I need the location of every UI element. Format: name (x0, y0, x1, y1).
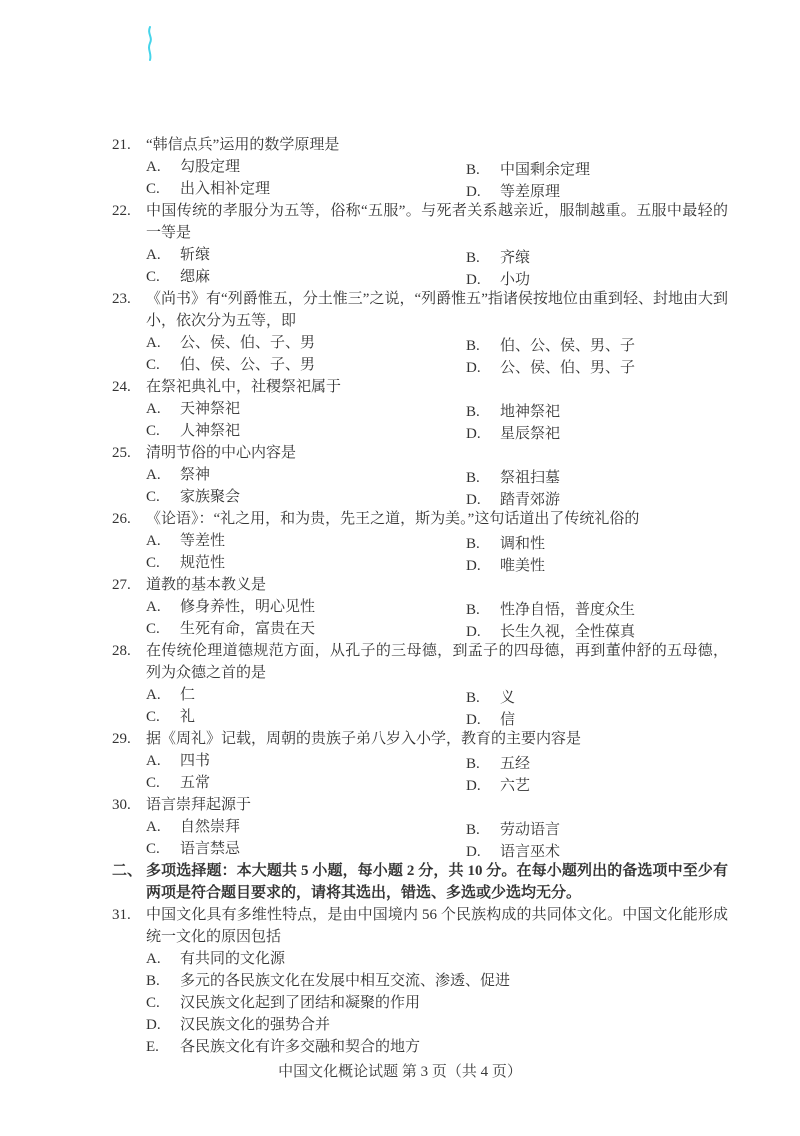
option-b: B.劳动语言 (466, 819, 728, 841)
option-letter: A. (146, 464, 180, 486)
option-letter: A. (146, 156, 180, 178)
question-29: 29. 据《周礼》记载，周朝的贵族子弟八岁入小学，教育的主要内容是 A.四书 B… (112, 728, 728, 794)
option-text: 劳动语言 (500, 822, 560, 838)
question-25: 25. 清明节俗的中心内容是 A.祭神 B.祭祖扫墓 C.家族聚会 D.踏青郊游 (112, 442, 728, 508)
option-b: B.伯、公、侯、男、子 (466, 335, 728, 357)
question-30: 30. 语言崇拜起源于 A.自然崇拜 B.劳动语言 C.语言禁忌 D.语言巫术 (112, 794, 728, 860)
page-footer: 中国文化概论试题 第 3 页（共 4 页） (0, 1060, 800, 1081)
option-letter: B. (466, 533, 500, 555)
option-letter: C. (146, 772, 180, 794)
option-letter: B. (146, 970, 180, 992)
option-a: A.自然崇拜 (146, 816, 466, 838)
option-letter: B. (466, 401, 500, 423)
question-number: 21. (112, 134, 146, 156)
option-letter: A. (146, 244, 180, 266)
option-letter: C. (146, 266, 180, 288)
option-a: A.等差性 (146, 530, 466, 552)
option-d: D.唯美性 (466, 555, 728, 577)
option-d: D.等差原理 (466, 181, 728, 203)
option-text: 勾股定理 (180, 159, 240, 175)
option-letter: A. (146, 332, 180, 354)
option-letter: D. (466, 775, 500, 797)
option-text: 有共同的文化源 (180, 951, 285, 967)
option-letter: A. (146, 596, 180, 618)
option-text: 唯美性 (500, 558, 545, 574)
option-letter: C. (146, 992, 180, 1014)
option-text: 六艺 (500, 778, 530, 794)
question-stem: 在祭祀典礼中，社稷祭祀属于 (146, 376, 728, 398)
option-text: 等差原理 (500, 184, 560, 200)
option-text: 星辰祭祀 (500, 426, 560, 442)
option-text: 五经 (500, 756, 530, 772)
option-text: 伯、公、侯、男、子 (500, 338, 635, 354)
question-24: 24. 在祭祀典礼中，社稷祭祀属于 A.天神祭祀 B.地神祭祀 C.人神祭祀 D… (112, 376, 728, 442)
option-text: 多元的各民族文化在发展中相互交流、渗透、促进 (180, 973, 510, 989)
option-letter: D. (466, 423, 500, 445)
option-a: A.修身养性，明心见性 (146, 596, 466, 618)
option-a: A.天神祭祀 (146, 398, 466, 420)
option-d: D.语言巫术 (466, 841, 728, 863)
option-letter: C. (146, 354, 180, 376)
option-letter: A. (146, 398, 180, 420)
question-stem: 道教的基本教义是 (146, 574, 728, 596)
option-c: C.人神祭祀 (146, 420, 466, 442)
option-d: D.长生久视，全性葆真 (466, 621, 728, 643)
question-number: 23. (112, 288, 146, 332)
option-text: 伯、侯、公、子、男 (180, 357, 315, 373)
option-letter: B. (466, 599, 500, 621)
option-text: 齐缞 (500, 250, 530, 266)
option-text: 天神祭祀 (180, 401, 240, 417)
section-instructions: 多项选择题：本大题共 5 小题，每小题 2 分，共 10 分。在每小题列出的备选… (146, 860, 728, 904)
option-letter: D. (466, 841, 500, 863)
question-number: 22. (112, 200, 146, 244)
option-text: 地神祭祀 (500, 404, 560, 420)
option-b: B.祭祖扫墓 (466, 467, 728, 489)
option-text: 汉民族文化的强势合并 (180, 1017, 330, 1033)
question-27: 27. 道教的基本教义是 A.修身养性，明心见性 B.性净自悟，普度众生 C.生… (112, 574, 728, 640)
option-letter: E. (146, 1036, 180, 1058)
option-a: A.有共同的文化源 (146, 948, 728, 970)
question-28: 28. 在传统伦理道德规范方面，从孔子的三母德，到孟子的四母德，再到董仲舒的五母… (112, 640, 728, 728)
question-21: 21. “韩信点兵”运用的数学原理是 A.勾股定理 B.中国剩余定理 C.出入相… (112, 134, 728, 200)
option-letter: C. (146, 838, 180, 860)
option-letter: A. (146, 948, 180, 970)
option-d: D.公、侯、伯、男、子 (466, 357, 728, 379)
option-d: D.信 (466, 709, 728, 731)
option-c: C.伯、侯、公、子、男 (146, 354, 466, 376)
option-letter: D. (466, 489, 500, 511)
option-text: 自然崇拜 (180, 819, 240, 835)
question-number: 29. (112, 728, 146, 750)
question-stem: 据《周礼》记载，周朝的贵族子弟八岁入小学，教育的主要内容是 (146, 728, 728, 750)
option-c: C.规范性 (146, 552, 466, 574)
section-number: 二、 (112, 860, 146, 904)
option-a: A.斩缞 (146, 244, 466, 266)
option-letter: D. (146, 1014, 180, 1036)
option-text: 各民族文化有许多交融和契合的地方 (180, 1039, 420, 1055)
option-text: 中国剩余定理 (500, 162, 590, 178)
option-b: B.义 (466, 687, 728, 709)
option-c: C.语言禁忌 (146, 838, 466, 860)
question-26: 26. 《论语》：“礼之用，和为贵，先王之道，斯为美。”这句话道出了传统礼俗的 … (112, 508, 728, 574)
option-text: 汉民族文化起到了团结和凝聚的作用 (180, 995, 420, 1011)
option-c: C.缌麻 (146, 266, 466, 288)
option-letter: D. (466, 357, 500, 379)
option-letter: B. (466, 247, 500, 269)
question-stem: 中国传统的孝服分为五等，俗称“五服”。与死者关系越亲近，服制越重。五服中最轻的一… (146, 200, 728, 244)
option-text: 四书 (180, 753, 210, 769)
exam-content: 21. “韩信点兵”运用的数学原理是 A.勾股定理 B.中国剩余定理 C.出入相… (112, 134, 728, 1058)
option-b: B.性净自悟，普度众生 (466, 599, 728, 621)
question-stem: 清明节俗的中心内容是 (146, 442, 728, 464)
question-stem: 中国文化具有多维性特点，是由中国境内 56 个民族构成的共同体文化。中国文化能形… (146, 904, 728, 948)
option-text: 祭祖扫墓 (500, 470, 560, 486)
option-c: C.出入相补定理 (146, 178, 466, 200)
option-d: D.小功 (466, 269, 728, 291)
option-letter: C. (146, 486, 180, 508)
option-c: C.五常 (146, 772, 466, 794)
option-letter: A. (146, 530, 180, 552)
option-text: 语言禁忌 (180, 841, 240, 857)
option-letter: B. (466, 819, 500, 841)
question-stem: 《论语》：“礼之用，和为贵，先王之道，斯为美。”这句话道出了传统礼俗的 (146, 508, 728, 530)
option-c: C.家族聚会 (146, 486, 466, 508)
option-c: C.生死有命，富贵在天 (146, 618, 466, 640)
option-letter: B. (466, 159, 500, 181)
option-b: B.五经 (466, 753, 728, 775)
option-a: A.勾股定理 (146, 156, 466, 178)
question-number: 26. (112, 508, 146, 530)
question-number: 27. (112, 574, 146, 596)
option-text: 踏青郊游 (500, 492, 560, 508)
option-letter: B. (466, 753, 500, 775)
option-letter: D. (466, 709, 500, 731)
option-letter: C. (146, 178, 180, 200)
option-b: B.地神祭祀 (466, 401, 728, 423)
option-a: A.仁 (146, 684, 466, 706)
option-letter: A. (146, 750, 180, 772)
option-text: 人神祭祀 (180, 423, 240, 439)
option-letter: C. (146, 706, 180, 728)
option-b: B.中国剩余定理 (466, 159, 728, 181)
question-number: 31. (112, 904, 146, 948)
option-text: 家族聚会 (180, 489, 240, 505)
option-text: 规范性 (180, 555, 225, 571)
option-text: 义 (500, 690, 515, 706)
question-stem: “韩信点兵”运用的数学原理是 (146, 134, 728, 156)
option-letter: A. (146, 816, 180, 838)
question-number: 28. (112, 640, 146, 684)
option-text: 性净自悟，普度众生 (500, 602, 635, 618)
option-text: 调和性 (500, 536, 545, 552)
option-text: 公、侯、伯、子、男 (180, 335, 315, 351)
option-text: 生死有命，富贵在天 (180, 621, 315, 637)
option-text: 礼 (180, 709, 195, 725)
option-letter: C. (146, 420, 180, 442)
question-number: 24. (112, 376, 146, 398)
option-text: 祭神 (180, 467, 210, 483)
option-letter: C. (146, 552, 180, 574)
option-c: C.汉民族文化起到了团结和凝聚的作用 (146, 992, 728, 1014)
option-text: 五常 (180, 775, 210, 791)
question-31: 31. 中国文化具有多维性特点，是由中国境内 56 个民族构成的共同体文化。中国… (112, 904, 728, 1058)
option-letter: A. (146, 684, 180, 706)
option-e: E.各民族文化有许多交融和契合的地方 (146, 1036, 728, 1058)
question-stem: 语言崇拜起源于 (146, 794, 728, 816)
option-d: D.星辰祭祀 (466, 423, 728, 445)
option-letter: D. (466, 181, 500, 203)
option-letter: D. (466, 269, 500, 291)
scanned-exam-page: 21. “韩信点兵”运用的数学原理是 A.勾股定理 B.中国剩余定理 C.出入相… (0, 0, 800, 1136)
question-number: 25. (112, 442, 146, 464)
option-text: 信 (500, 712, 515, 728)
option-d: D.六艺 (466, 775, 728, 797)
option-letter: C. (146, 618, 180, 640)
option-a: A.公、侯、伯、子、男 (146, 332, 466, 354)
scan-artifact-mark (146, 26, 154, 62)
option-b: B.齐缞 (466, 247, 728, 269)
option-text: 出入相补定理 (180, 181, 270, 197)
option-a: A.祭神 (146, 464, 466, 486)
option-text: 斩缞 (180, 247, 210, 263)
option-letter: B. (466, 335, 500, 357)
option-d: D.踏青郊游 (466, 489, 728, 511)
question-number: 30. (112, 794, 146, 816)
question-22: 22. 中国传统的孝服分为五等，俗称“五服”。与死者关系越亲近，服制越重。五服中… (112, 200, 728, 288)
option-c: C.礼 (146, 706, 466, 728)
option-b: B.多元的各民族文化在发展中相互交流、渗透、促进 (146, 970, 728, 992)
option-text: 长生久视，全性葆真 (500, 624, 635, 640)
option-text: 仁 (180, 687, 195, 703)
option-text: 等差性 (180, 533, 225, 549)
question-stem: 《尚书》有“列爵惟五，分土惟三”之说，“列爵惟五”指诸侯按地位由重到轻、封地由大… (146, 288, 728, 332)
option-text: 语言巫术 (500, 844, 560, 860)
option-text: 缌麻 (180, 269, 210, 285)
question-23: 23. 《尚书》有“列爵惟五，分土惟三”之说，“列爵惟五”指诸侯按地位由重到轻、… (112, 288, 728, 376)
option-letter: D. (466, 621, 500, 643)
option-d: D.汉民族文化的强势合并 (146, 1014, 728, 1036)
option-text: 小功 (500, 272, 530, 288)
option-letter: B. (466, 687, 500, 709)
option-letter: B. (466, 467, 500, 489)
option-text: 修身养性，明心见性 (180, 599, 315, 615)
option-b: B.调和性 (466, 533, 728, 555)
option-letter: D. (466, 555, 500, 577)
option-a: A.四书 (146, 750, 466, 772)
option-text: 公、侯、伯、男、子 (500, 360, 635, 376)
question-stem: 在传统伦理道德规范方面，从孔子的三母德，到孟子的四母德，再到董仲舒的五母德，列为… (146, 640, 728, 684)
multi-choice-section-header: 二、 多项选择题：本大题共 5 小题，每小题 2 分，共 10 分。在每小题列出… (112, 860, 728, 904)
